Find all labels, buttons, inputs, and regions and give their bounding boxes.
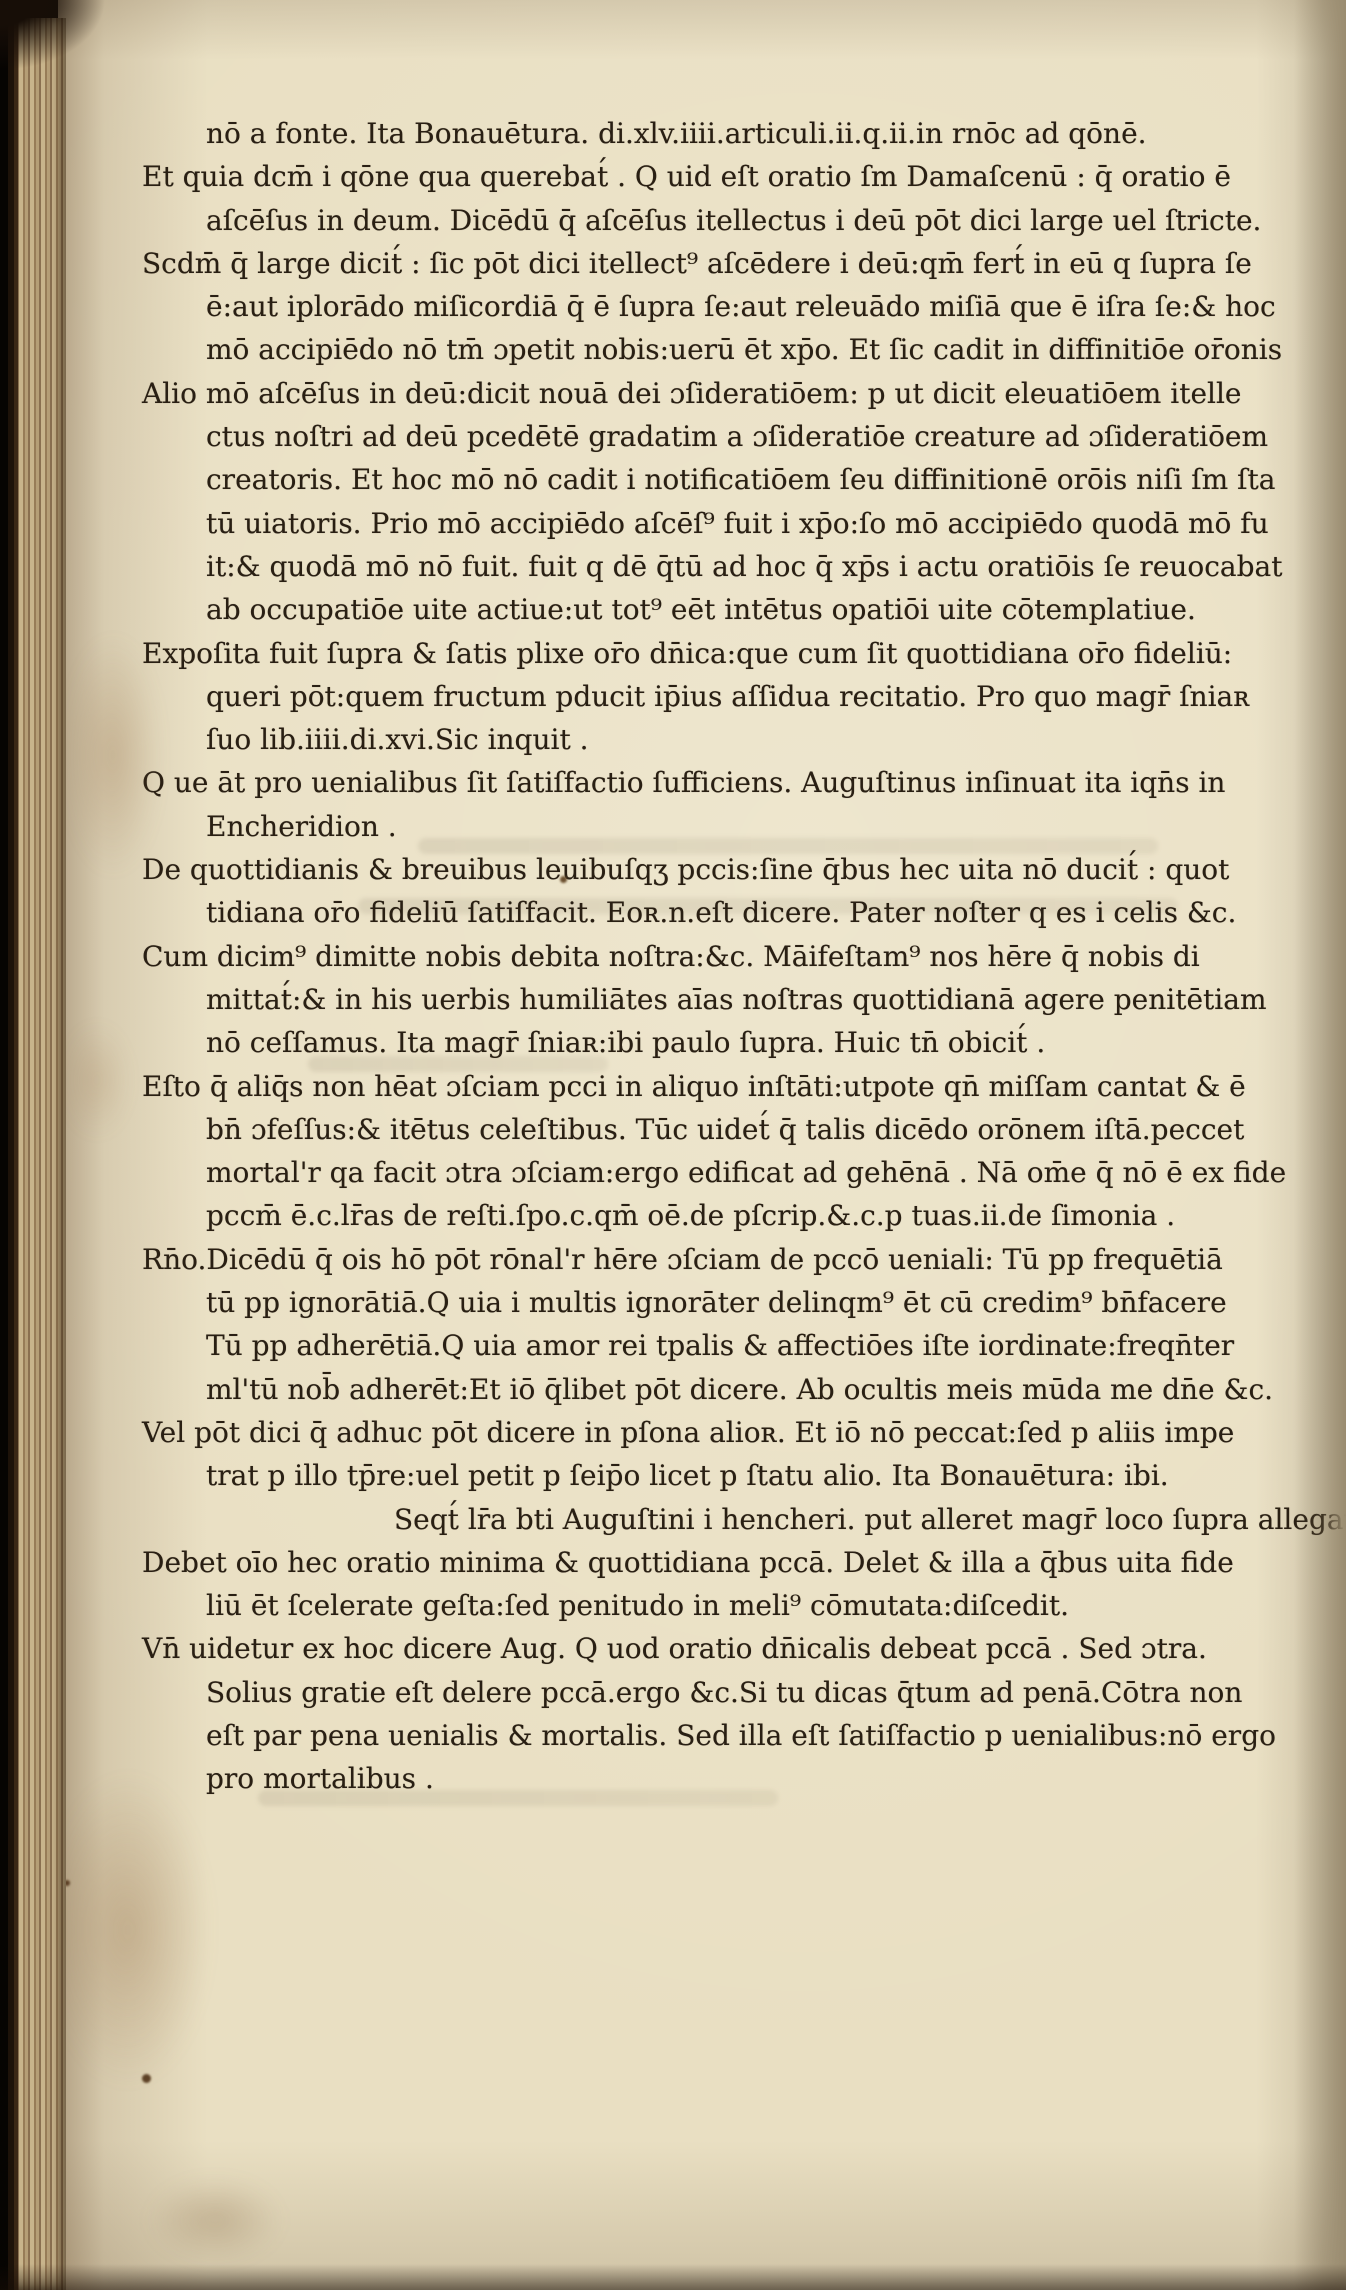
text-line: mortal'r qa facit ɔtra ɔſciam:ergo edifi… [206,1151,1244,1194]
text-line: mittat́:& in his uerbis humiliātes aīas … [206,978,1244,1021]
paper-stain [120,2160,310,2280]
page-text: nō a fonte. Ita Bonauētura. di.xlv.iiii.… [142,112,1244,1801]
text-line: Encheridion . [206,805,1244,848]
text-line: tidiana or̄o fideliū ſatiſfacit. Eoʀ.n.e… [206,891,1244,934]
text-line: pro mortalibus . [206,1757,1244,1800]
paper-stain [48,590,178,920]
text-line: queri pōt:quem fructum pducit ip̄ius aſſ… [206,675,1244,718]
text-line: Q ue āt pro uenialibus ſit ſatiſfactio ſ… [142,761,1244,804]
text-line: Seqt́ lr̄a bti Auguſtini i hencheri. put… [394,1498,1244,1541]
text-line: liū ēt ſcelerate geſta:ſed penitudo in m… [206,1584,1244,1627]
text-line: ē:aut iplorādo miſicordiā q̄ ē ſupra ſe:… [206,285,1244,328]
text-line: Cum dicim⁹ dimitte nobis debita noſtra:&… [142,935,1244,978]
ink-speck [142,2074,151,2083]
page-stack-edge [14,18,66,2290]
bottom-shadow [0,2264,1346,2290]
text-line: Expoſita fuit ſupra & ſatis plixe or̄o d… [142,632,1244,675]
ink-speck [560,876,567,883]
text-line: nō a fonte. Ita Bonauētura. di.xlv.iiii.… [206,112,1244,155]
text-line: Vel pōt dici q̄ adhuc pōt dicere in pſon… [142,1411,1244,1454]
text-line: trat p illo tp̄re:uel petit p ſeip̄o lic… [206,1454,1244,1497]
text-line: tū pp ignorātiā.Q uia i multis ignorāter… [206,1281,1244,1324]
text-line: ml'tū nob̄ adherēt:Et iō q̄libet pōt dic… [206,1368,1244,1411]
text-line: bn̄ ɔfeſſus:& itētus celeſtibus. Tūc uid… [206,1108,1244,1151]
text-line: Debet oīo hec oratio minima & quottidian… [142,1541,1244,1584]
text-line: ſuo lib.iiii.di.xvi.Sic inquit . [206,718,1244,761]
book-page-scan: nō a fonte. Ita Bonauētura. di.xlv.iiii.… [0,0,1346,2290]
text-line: creatoris. Et hoc mō nō cadit i notifica… [206,458,1244,501]
text-line: Eſto q̄ aliq̄s non hēat ɔſciam pcci in a… [142,1065,1244,1108]
text-line: Vn̄ uidetur ex hoc dicere Aug. Q uod ora… [142,1627,1244,1670]
text-line: Et quia dcm̄ i qōne qua querebat́ . Q ui… [142,155,1244,198]
text-line: aſcēſus in deum. Dicēdū q̄ aſcēſus itell… [206,199,1244,242]
text-line: Rn̄o.Dicēdū q̄ ois hō pōt rōnal'r hēre ɔ… [142,1238,1244,1281]
text-line: Alio mō aſcēſus in deū:dicit nouā dei ɔſ… [142,372,1244,415]
text-line: De quottidianis & breuibus leuibuſqʒ pcc… [142,848,1244,891]
text-line: nō ceſſamus. Ita magr̄ ſniaʀ:ibi paulo ſ… [206,1021,1244,1064]
text-line: ab occupatiōe uite actiue:ut tot⁹ eēt in… [206,588,1244,631]
right-page-edge [1294,0,1346,2290]
text-line: Solius gratie eſt delere pccā.ergo &c.Si… [206,1671,1244,1714]
text-line: ctus noſtri ad deū pcedētē gradatim a ɔſ… [206,415,1244,458]
text-line: mō accipiēdo nō tm̄ ɔpetit nobis:uerū ēt… [206,328,1244,371]
text-line: tū uiatoris. Prio mō accipiēdo aſcēſ⁹ fu… [206,502,1244,545]
book-spine-edge [0,0,18,2290]
text-line: eſt par pena uenialis & mortalis. Sed il… [206,1714,1244,1757]
corner-shadow [0,0,150,100]
text-line: Scdm̄ q̄ large dicit́ : ſic pōt dici ite… [142,242,1244,285]
text-line: it:& quodā mō nō fuit. fuit q dē q̄tū ad… [206,545,1244,588]
text-line: Tū pp adherētiā.Q uia amor rei tpalis & … [206,1324,1244,1367]
text-line: pccm̄ ē.c.lr̄as de reſti.ſpo.c.qm̄ oē.de… [206,1194,1244,1237]
